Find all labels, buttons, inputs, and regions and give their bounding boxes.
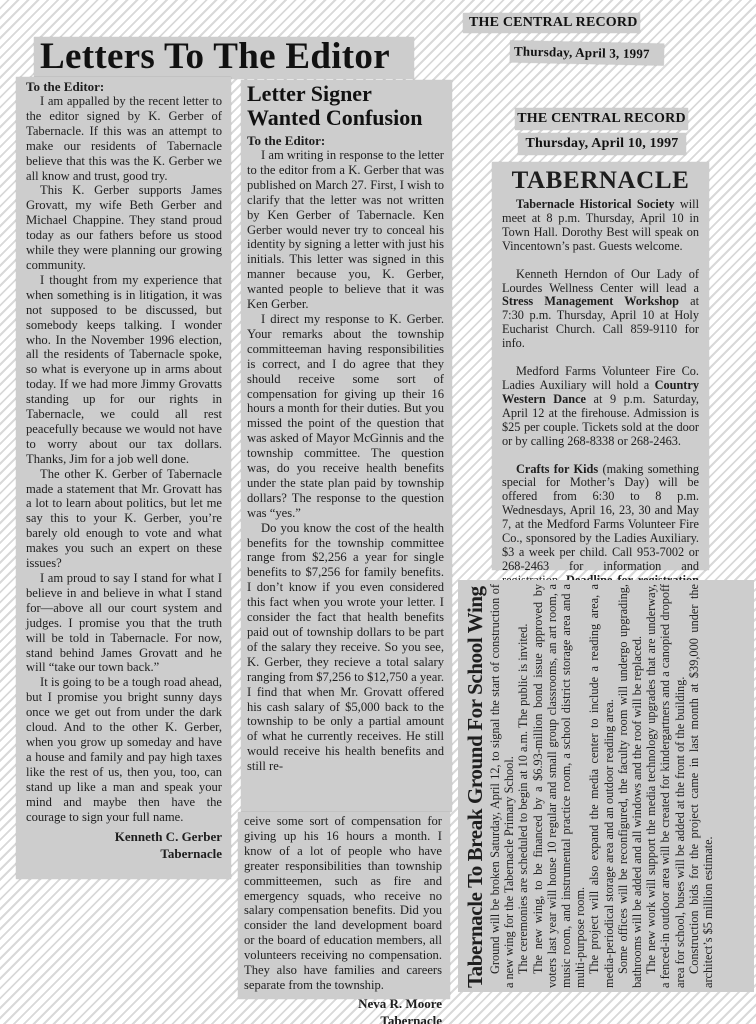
notice-historical-society: Tabernacle Historical Society will meet … <box>502 198 699 254</box>
notice-country-dance: Medford Farms Volunteer Fire Co. Ladies … <box>502 365 699 448</box>
school-wing-paragraph: The ceremonies are scheduled to begin at… <box>516 584 530 988</box>
letter2-salutation: To the Editor: <box>247 133 444 148</box>
letter2-paragraph: ceive some sort of compensation for givi… <box>244 814 442 993</box>
letter2-signature-town: Tabernacle <box>244 1012 442 1024</box>
school-wing-paragraph: Ground will be broken Saturday, April 12… <box>488 584 516 988</box>
school-wing-headline: Tabernacle To Break Ground For School Wi… <box>462 584 488 988</box>
letter1-paragraph: I am appalled by the recent letter to th… <box>26 94 222 183</box>
section-header-letters: Letters To The Editor <box>34 37 414 79</box>
letter-neva-moore-part2: ceive some sort of compensation for givi… <box>238 812 450 999</box>
letter1-paragraph: I am proud to say I stand for what I bel… <box>26 571 222 675</box>
letter2-paragraph: I am writing in response to the letter t… <box>247 148 444 312</box>
letter1-signature-name: Kenneth C. Gerber <box>26 828 222 845</box>
tabernacle-notices: TABERNACLE Tabernacle Historical Society… <box>492 162 709 570</box>
letter1-paragraph: This K. Gerber supports James Grovatt, m… <box>26 183 222 272</box>
letter-kenneth-gerber: To the Editor: I am appalled by the rece… <box>16 77 231 879</box>
masthead-paper-april3: THE CENTRAL RECORD <box>463 13 640 33</box>
school-wing-paragraph: The new wing, to be financed by a $6.93-… <box>531 584 588 988</box>
school-wing-article: Tabernacle To Break Ground For School Wi… <box>458 580 754 992</box>
notices-header: TABERNACLE <box>502 166 699 196</box>
letter2-paragraph: I direct my response to K. Gerber. Your … <box>247 312 444 521</box>
school-wing-paragraph: The project will also expand the media c… <box>587 584 615 988</box>
school-wing-paragraph: The new work will support the media tech… <box>644 584 687 988</box>
letter1-signature-town: Tabernacle <box>26 845 222 862</box>
letter2-headline: Letter Signer Wanted Confusion <box>247 82 444 130</box>
notice-stress-workshop: Kenneth Herndon of Our Lady of Lourdes W… <box>502 268 699 351</box>
letter1-salutation: To the Editor: <box>26 79 222 94</box>
school-wing-article-body: Tabernacle To Break Ground For School Wi… <box>462 584 752 988</box>
letter1-paragraph: The other K. Gerber of Tabernacle made a… <box>26 467 222 571</box>
school-wing-paragraph: Construction bids for the project came i… <box>687 584 715 988</box>
letter1-paragraph: I thought from my experience that when s… <box>26 273 222 467</box>
masthead-date-april3: Thursday, April 3, 1997 <box>510 40 664 65</box>
letter-neva-moore-part1: Letter Signer Wanted Confusion To the Ed… <box>241 80 452 812</box>
letter1-paragraph: It is going to be a tough road ahead, bu… <box>26 675 222 824</box>
masthead-paper-april10: THE CENTRAL RECORD <box>515 108 688 130</box>
letter2-paragraph: Do you know the cost of the health benef… <box>247 521 444 774</box>
letter2-signature-name: Neva R. Moore <box>244 995 442 1012</box>
masthead-date-april10: Thursday, April 10, 1997 <box>518 133 686 155</box>
school-wing-paragraph: Some offices will be reconfigured, the f… <box>616 584 644 988</box>
